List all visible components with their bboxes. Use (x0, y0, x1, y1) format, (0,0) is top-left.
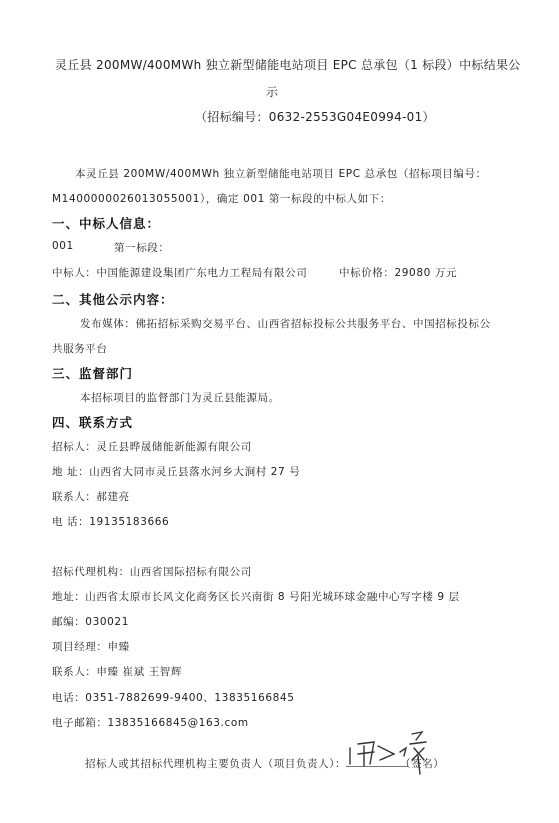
tender-code: （招标编号：0632-2553G04E0994-01） (195, 108, 435, 125)
tenderer-name: 招标人：灵丘县晔晟储能新能源有限公司 (52, 439, 252, 454)
lot-name: 第一标段： (114, 240, 170, 255)
agency-manager: 项目经理：申臻 (52, 639, 130, 654)
intro-line1: 本灵丘县 200MW/400MWh 独立新型储能电站项目 EPC 总承包（招标项… (75, 166, 487, 181)
publish-media-line2: 共服务平台 (52, 341, 108, 356)
section-heading-contact: 四、联系方式 (52, 413, 133, 431)
tenderer-contact: 联系人：郝建亮 (52, 489, 130, 504)
agency-contacts: 联系人：申臻 崔斌 王智辉 (52, 664, 182, 679)
section-heading-other-info: 二、其他公示内容： (52, 290, 174, 308)
document-title-line1: 灵丘县 200MW/400MWh 独立新型储能电站项目 EPC 总承包（1 标段… (55, 56, 521, 73)
agency-address: 地址：山西省太原市长风文化商务区长兴南街 8 号阳光城环球金融中心写字楼 9 层 (52, 589, 460, 604)
section-heading-supervision: 三、监督部门 (52, 364, 133, 382)
intro-line2: M1400000026013055001），确定 001 第一标段的中标人如下： (52, 191, 391, 206)
publish-media-line1: 发布媒体：佛拓招标采购交易平台、山西省招标投标公共服务平台、中国招标投标公 (80, 316, 491, 331)
agency-phone: 电话：0351-7882699-9400、13835166845 (52, 690, 294, 705)
signature-suffix: （签名） (400, 756, 444, 771)
document-page: 灵丘县 200MW/400MWh 独立新型储能电站项目 EPC 总承包（1 标段… (0, 0, 559, 823)
agency-postcode: 邮编：030021 (52, 614, 129, 629)
signature-label: 招标人或其招标代理机构主要负责人（项目负责人）： (85, 756, 346, 771)
winning-bidder: 中标人：中国能源建设集团广东电力工程局有限公司 (52, 265, 307, 280)
section-heading-winner-info: 一、中标人信息： (52, 214, 160, 232)
lot-code: 001 (52, 240, 74, 252)
supervision-text: 本招标项目的监督部门为灵丘县能源局。 (80, 390, 280, 405)
tenderer-address: 地 址：山西省大同市灵丘县落水河乡大涧村 27 号 (52, 464, 300, 479)
agency-email: 电子邮箱：13835166845@163.com (52, 715, 249, 730)
winning-price: 中标价格：29080 万元 (339, 265, 457, 280)
tenderer-phone: 电 话：19135183666 (52, 514, 169, 529)
document-title-line2: 示 (266, 83, 278, 100)
agency-name: 招标代理机构：山西省国际招标有限公司 (52, 564, 252, 579)
